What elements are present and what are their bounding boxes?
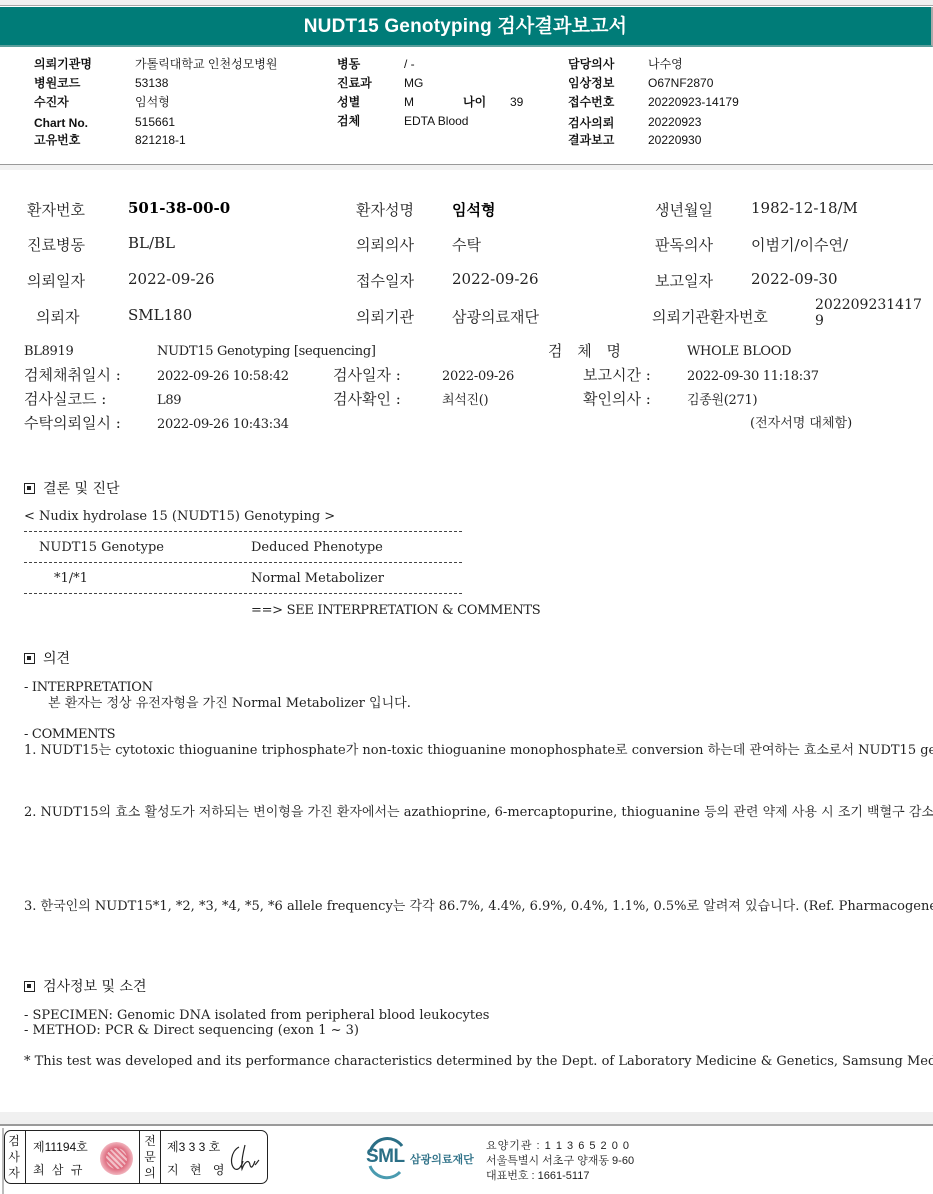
interpretation-text: 본 환자는 정상 유전자형을 가진 Normal Metabolizer 입니다… [48, 696, 411, 712]
divider [139, 1131, 140, 1183]
comment-3: 3. 한국인의 NUDT15*1, *2, *3, *4, *5, *6 all… [24, 899, 933, 915]
label-test-confirm: 검사확인 : [333, 391, 401, 407]
specimen-detail: - SPECIMEN: Genomic DNA isolated from pe… [24, 1008, 489, 1024]
value-requester: SML180 [128, 306, 192, 324]
institution-code: 요양기관 : 1 1 3 6 5 2 0 0 [486, 1137, 630, 1153]
label-specimen: 검체 [337, 112, 360, 131]
examiner-name: 최 삼 규 [33, 1161, 84, 1178]
label-hospital-code: 병원코드 [34, 74, 80, 93]
comments-label: - COMMENTS [24, 727, 115, 743]
opinion-title: 의견 [43, 651, 70, 667]
table-divider [24, 593, 462, 594]
signature-box: 검사자 제11194호 최 삼 규 전문의 제3 3 3 호 지 현 영 [4, 1130, 268, 1184]
value-department: MG [404, 74, 423, 93]
value-ward: / - [404, 55, 415, 74]
label-patient-name: 환자성명 [356, 199, 414, 220]
value-test-confirm: 최석진() [442, 393, 488, 409]
label-birthdate: 생년월일 [655, 199, 713, 220]
table-header-phenotype: Deduced Phenotype [251, 540, 383, 556]
label-sex: 성별 [337, 93, 360, 112]
label-outsourced-time: 수탁의뢰일시 : [24, 415, 121, 431]
value-institution: 가톨릭대학교 인천성모병원 [135, 55, 277, 74]
value-receipt-date: 2022-09-26 [452, 270, 538, 288]
label-lab-code: 검사실코드 : [24, 391, 106, 407]
conclusion-heading: 결론 및 진단 [24, 478, 120, 498]
label-receipt-date: 접수일자 [356, 270, 414, 291]
value-org-patient-no-line2: 9 [815, 313, 824, 329]
divider [160, 1131, 161, 1183]
table-header-genotype: NUDT15 Genotype [39, 540, 164, 556]
divider [25, 1131, 26, 1183]
value-hospital-code: 53138 [135, 74, 168, 93]
value-requesting-org: 삼광의료재단 [452, 306, 539, 327]
value-receipt-no: 20220923-14179 [648, 93, 739, 112]
value-patient-no: 501-38-00-0 [128, 199, 230, 217]
comment-2: 2. NUDT15의 효소 활성도가 저하되는 변이형을 가진 환자에서는 az… [24, 805, 933, 821]
signature-icon [227, 1143, 261, 1173]
esign-note: (전자서명 대체함) [750, 416, 852, 432]
value-examinee: 임석형 [135, 93, 170, 112]
disclaimer-note: * This test was developed and its perfor… [24, 1054, 933, 1070]
label-examinee: 수진자 [34, 93, 69, 112]
value-report-time: 2022-09-30 11:18:37 [687, 369, 819, 385]
label-requester: 의뢰자 [36, 306, 79, 327]
value-report-date: 2022-09-30 [751, 270, 837, 288]
label-report-time: 보고시간 : [583, 367, 651, 383]
label-org-patient-no: 의뢰기관환자번호 [652, 306, 768, 327]
specialist-vertical-label: 전문의 [143, 1133, 157, 1181]
test-name: NUDT15 Genotyping [sequencing] [157, 344, 376, 360]
report-header: NUDT15 Genotyping 검사결과보고서 [0, 7, 933, 47]
value-birthdate: 1982-12-18/M [751, 199, 858, 217]
value-lab-code: L89 [157, 393, 181, 409]
label-age: 나이 [463, 93, 486, 112]
label-institution: 의뢰기관명 [34, 55, 92, 74]
table-divider [24, 531, 462, 532]
value-result-report: 20220930 [648, 131, 701, 150]
value-unique-no: 821218-1 [135, 131, 186, 150]
label-ward: 병동 [337, 55, 360, 74]
value-collection-time: 2022-09-26 10:58:42 [157, 369, 289, 385]
label-result-report: 결과보고 [568, 131, 614, 150]
label-department: 진료과 [337, 74, 372, 93]
value-chart-no: 515661 [135, 113, 175, 132]
opinion-heading: 의견 [24, 648, 70, 668]
method-detail: - METHOD: PCR & Direct sequencing (exon … [24, 1023, 359, 1039]
label-patient-no: 환자번호 [27, 199, 85, 220]
value-reading-doctor: 이범기/이수연/ [751, 234, 848, 255]
sml-logo-text: SML [366, 1146, 405, 1168]
value-attending-doctor: 나수영 [648, 55, 683, 74]
top-border [0, 0, 933, 6]
label-test-date: 검사일자 : [333, 367, 401, 383]
label-report-date: 보고일자 [655, 270, 713, 291]
label-unique-no: 고유번호 [34, 131, 80, 150]
phenotype-value: Normal Metabolizer [251, 571, 384, 587]
label-referring-doctor: 의뢰의사 [356, 234, 414, 255]
footer-divider [0, 1112, 933, 1126]
org-address: 서울특별시 서초구 양재동 9-60 [486, 1152, 634, 1168]
genotype-value: *1/*1 [54, 571, 88, 587]
value-org-patient-no: 202209231417 [815, 297, 922, 313]
value-clinical-info: O67NF2870 [648, 74, 713, 93]
value-patient-name: 임석형 [452, 199, 495, 220]
official-seal-icon [100, 1142, 133, 1175]
square-bullet-icon [24, 483, 35, 494]
conclusion-subtitle: < Nudix hydrolase 15 (NUDT15) Genotyping… [24, 509, 335, 525]
table-divider [24, 562, 462, 563]
divider-shade [0, 165, 933, 170]
value-ward: BL/BL [128, 234, 175, 252]
square-bullet-icon [24, 653, 35, 664]
label-receipt-no: 접수번호 [568, 93, 614, 112]
org-name: 삼광의료재단 [410, 1151, 474, 1167]
value-test-date: 2022-09-26 [442, 369, 514, 385]
report-title: NUDT15 Genotyping 검사결과보고서 [0, 7, 931, 47]
square-bullet-icon [24, 981, 35, 992]
comment-1: 1. NUDT15는 cytotoxic thioguanine triphos… [24, 743, 933, 759]
see-note: ==> SEE INTERPRETATION & COMMENTS [251, 603, 540, 619]
org-phone: 대표번호 : 1661-5117 [486, 1167, 589, 1183]
test-details-heading: 검사정보 및 소견 [24, 976, 147, 996]
conclusion-title: 결론 및 진단 [43, 481, 120, 497]
test-details-title: 검사정보 및 소견 [43, 979, 147, 995]
value-outsourced-time: 2022-09-26 10:43:34 [157, 417, 289, 433]
value-confirm-doctor: 김종원(271) [687, 393, 757, 409]
label-reading-doctor: 판독의사 [655, 234, 713, 255]
test-code: BL8919 [24, 344, 73, 360]
label-request-date: 의뢰일자 [27, 270, 85, 291]
value-specimen-name: WHOLE BLOOD [687, 344, 791, 360]
request-info: 의뢰기관명 가톨릭대학교 인천성모병원 병원코드 53138 수진자 임석형 C… [0, 55, 933, 155]
specialist-name: 지 현 영 [167, 1161, 228, 1178]
examiner-vertical-label: 검사자 [7, 1133, 21, 1181]
label-attending-doctor: 담당의사 [568, 55, 614, 74]
label-collection-time: 검체채취일시 : [24, 367, 121, 383]
value-specimen: EDTA Blood [404, 112, 468, 131]
label-ward: 진료병동 [27, 234, 85, 255]
label-specimen-name: 검 체 명 [548, 343, 621, 359]
value-request-date: 2022-09-26 [128, 270, 214, 288]
value-test-request: 20220923 [648, 113, 701, 132]
examiner-license: 제11194호 [33, 1138, 88, 1155]
label-confirm-doctor: 확인의사 : [583, 391, 651, 407]
label-requesting-org: 의뢰기관 [356, 306, 414, 327]
label-clinical-info: 임상정보 [568, 74, 614, 93]
specialist-license: 제3 3 3 호 [167, 1138, 220, 1155]
value-sex: M [404, 93, 414, 112]
interpretation-label: - INTERPRETATION [24, 680, 153, 696]
value-age: 39 [510, 93, 523, 112]
value-referring-doctor: 수탁 [452, 234, 481, 255]
